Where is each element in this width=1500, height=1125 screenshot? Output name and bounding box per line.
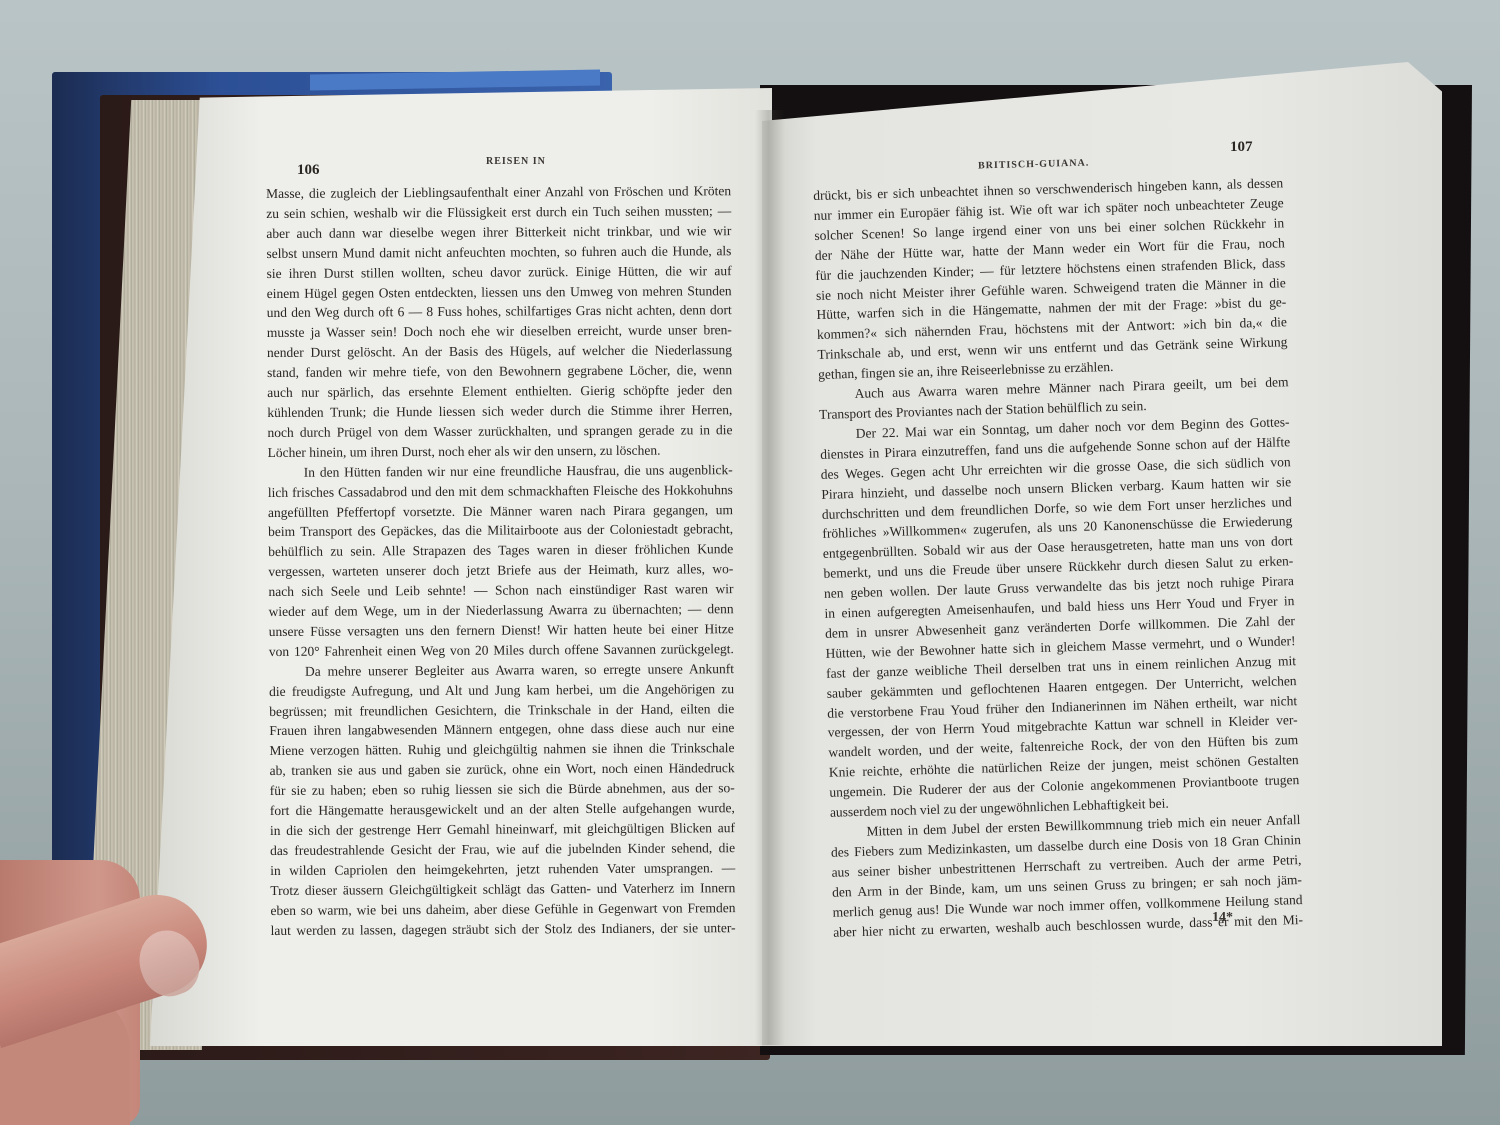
text-line: Trotz dieser äussern Gleichgültigkeit sc… — [270, 878, 735, 901]
text-line: lich frisches Cassadabrod und den mit de… — [268, 480, 733, 503]
text-line: kühlenden Trunk; die Hunde liessen sich … — [267, 400, 732, 423]
right-page-number: 107 — [1230, 139, 1253, 156]
text-line: auch nur spärlich, das ersehnte Element … — [267, 380, 732, 403]
text-line: von 120° Fahrenheit einen Weg von 20 Mil… — [269, 639, 734, 662]
text-line: begrüssen; mit freundlichen Gesichtern, … — [269, 699, 734, 722]
text-line: eben so warm, wie bei uns daheim, aber d… — [270, 898, 735, 921]
text-line: wieder auf dem Wege, um in der Niederlas… — [269, 599, 734, 622]
text-line: Masse, die zugleich der Lieblingsaufenth… — [266, 181, 731, 204]
text-line: in wilden Capriolen den heimgekehrten, j… — [270, 858, 735, 881]
text-line: laut werden zu lassen, dagegen sträubt s… — [270, 918, 735, 941]
signature-mark: 14* — [1212, 910, 1233, 926]
text-line: das freudestrahlende Gesicht der Frau, w… — [270, 838, 735, 861]
text-line: ab, tranken sie aus und gaben sie zurück… — [270, 758, 735, 781]
text-line: selbst unsern Mund damit nicht anfeuchte… — [266, 241, 731, 264]
text-line: Da mehre unserer Begleiter aus Awarra wa… — [269, 659, 734, 682]
text-line: die freudigste Aufregung, und Alt und Ju… — [269, 679, 734, 702]
text-line: zu sein schien, weshalb wir die Flüssigk… — [266, 201, 731, 224]
book-gutter — [755, 110, 785, 1045]
text-line: in die sich der gestrenge Herr Gemahl hi… — [270, 818, 735, 841]
text-line: noch durch Prügel von dem Wasser zurückh… — [267, 420, 732, 443]
text-line: In den Hütten fanden wir nur eine freund… — [268, 460, 733, 483]
right-page-text: drückt, bis er sich unbeachtet ihnen so … — [813, 173, 1303, 942]
text-line: Miene verzogen hätten. Ruhig und gleichg… — [269, 739, 734, 762]
text-line: aber auch dann war dieselbe wegen ihrer … — [266, 221, 731, 244]
left-page-text: Masse, die zugleich der Lieblingsaufenth… — [266, 181, 736, 940]
text-line: sie ihren Durst stillen wollten, scheu d… — [266, 261, 731, 284]
left-page-number: 106 — [297, 162, 320, 179]
text-line: Frauen ihren langabwesenden Männern entg… — [269, 719, 734, 742]
text-line: fort die Hängematte herausgewickelt und … — [270, 798, 735, 821]
text-line: unsere Füsse versagten uns den fernern D… — [269, 619, 734, 642]
left-running-head: REISEN IN — [486, 156, 546, 167]
text-line: für sie zu haben; eben so ruhig liessen … — [270, 778, 735, 801]
